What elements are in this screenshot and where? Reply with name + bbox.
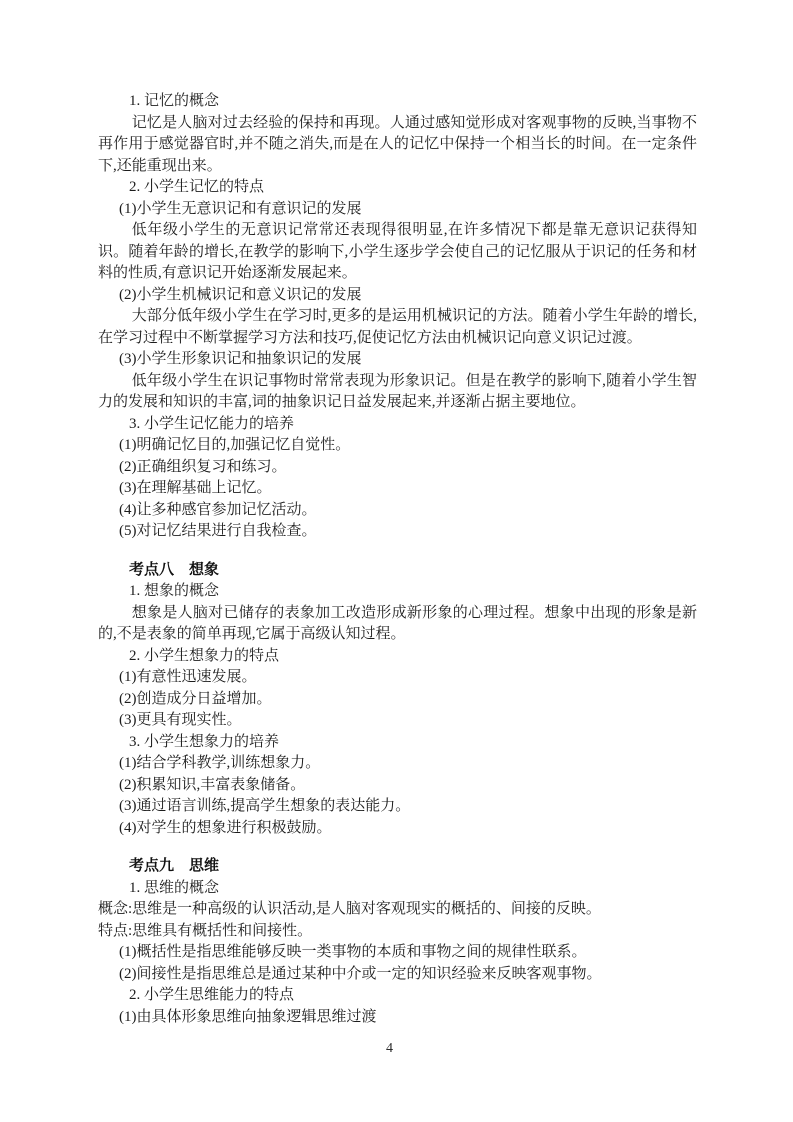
page-number: 4 (386, 1041, 393, 1056)
list-item: (1)概括性是指思维能够反映一类事物的本质和事物之间的规律性联系。 (98, 942, 697, 964)
definition-line: 概念:思维是一种高级的认识活动,是人脑对客观现实的概括的、间接的反映。 (98, 899, 697, 921)
list-item: (5)对记忆结果进行自我检查。 (98, 521, 697, 543)
list-item: (2)创造成分日益增加。 (98, 689, 697, 711)
list-item: (2)积累知识,丰富表象储备。 (98, 775, 697, 797)
list-item: (1)有意性迅速发展。 (98, 667, 697, 689)
section-heading: 考点九 思维 (98, 856, 697, 878)
list-item: (2)正确组织复习和练习。 (98, 457, 697, 479)
list-item: (2)间接性是指思维总是通过某种中介或一定的知识经验来反映客观事物。 (98, 964, 697, 986)
paragraph: 低年级小学生在识记事物时常常表现为形象识记。但是在教学的影响下,随着小学生智力的… (98, 371, 697, 414)
paragraph: 大部分低年级小学生在学习时,更多的是运用机械识记的方法。随着小学生年龄的增长,在… (98, 306, 697, 349)
list-item: (3)在理解基础上记忆。 (98, 478, 697, 500)
section-heading: 考点八 想象 (98, 560, 697, 582)
numbered-subheading: 2. 小学生思维能力的特点 (98, 985, 697, 1007)
numbered-subheading: 1. 想象的概念 (98, 581, 697, 603)
list-item: (3)小学生形象识记和抽象识记的发展 (98, 349, 697, 371)
list-item: (1)由具体形象思维向抽象逻辑思维过渡 (98, 1007, 697, 1029)
list-item: (1)小学生无意识记和有意识记的发展 (98, 199, 697, 221)
list-item: (3)更具有现实性。 (98, 710, 697, 732)
document-content: 1. 记忆的概念记忆是人脑对过去经验的保持和再现。人通过感知觉形成对客观事物的反… (98, 91, 697, 1028)
list-item: (4)对学生的想象进行积极鼓励。 (98, 818, 697, 840)
list-item: (3)通过语言训练,提高学生想象的表达能力。 (98, 796, 697, 818)
paragraph: 低年级小学生的无意识记常常还表现得很明显,在许多情况下都是靠无意识记获得知识。随… (98, 220, 697, 285)
list-item: (4)让多种感官参加记忆活动。 (98, 500, 697, 522)
paragraph: 记忆是人脑对过去经验的保持和再现。人通过感知觉形成对客观事物的反映,当事物不再作… (98, 113, 697, 178)
document-page: 1. 记忆的概念记忆是人脑对过去经验的保持和再现。人通过感知觉形成对客观事物的反… (0, 0, 793, 1122)
numbered-subheading: 3. 小学生记忆能力的培养 (98, 414, 697, 436)
numbered-subheading: 2. 小学生想象力的特点 (98, 646, 697, 668)
numbered-subheading: 3. 小学生想象力的培养 (98, 732, 697, 754)
numbered-subheading: 2. 小学生记忆的特点 (98, 177, 697, 199)
page-footer: 4 (0, 1040, 779, 1058)
definition-line: 特点:思维具有概括性和间接性。 (98, 921, 697, 943)
list-item: (1)结合学科教学,训练想象力。 (98, 753, 697, 775)
paragraph: 想象是人脑对已储存的表象加工改造形成新形象的心理过程。想象中出现的形象是新的,不… (98, 603, 697, 646)
list-item: (2)小学生机械识记和意义识记的发展 (98, 285, 697, 307)
numbered-subheading: 1. 思维的概念 (98, 878, 697, 900)
numbered-subheading: 1. 记忆的概念 (98, 91, 697, 113)
list-item: (1)明确记忆目的,加强记忆自觉性。 (98, 435, 697, 457)
